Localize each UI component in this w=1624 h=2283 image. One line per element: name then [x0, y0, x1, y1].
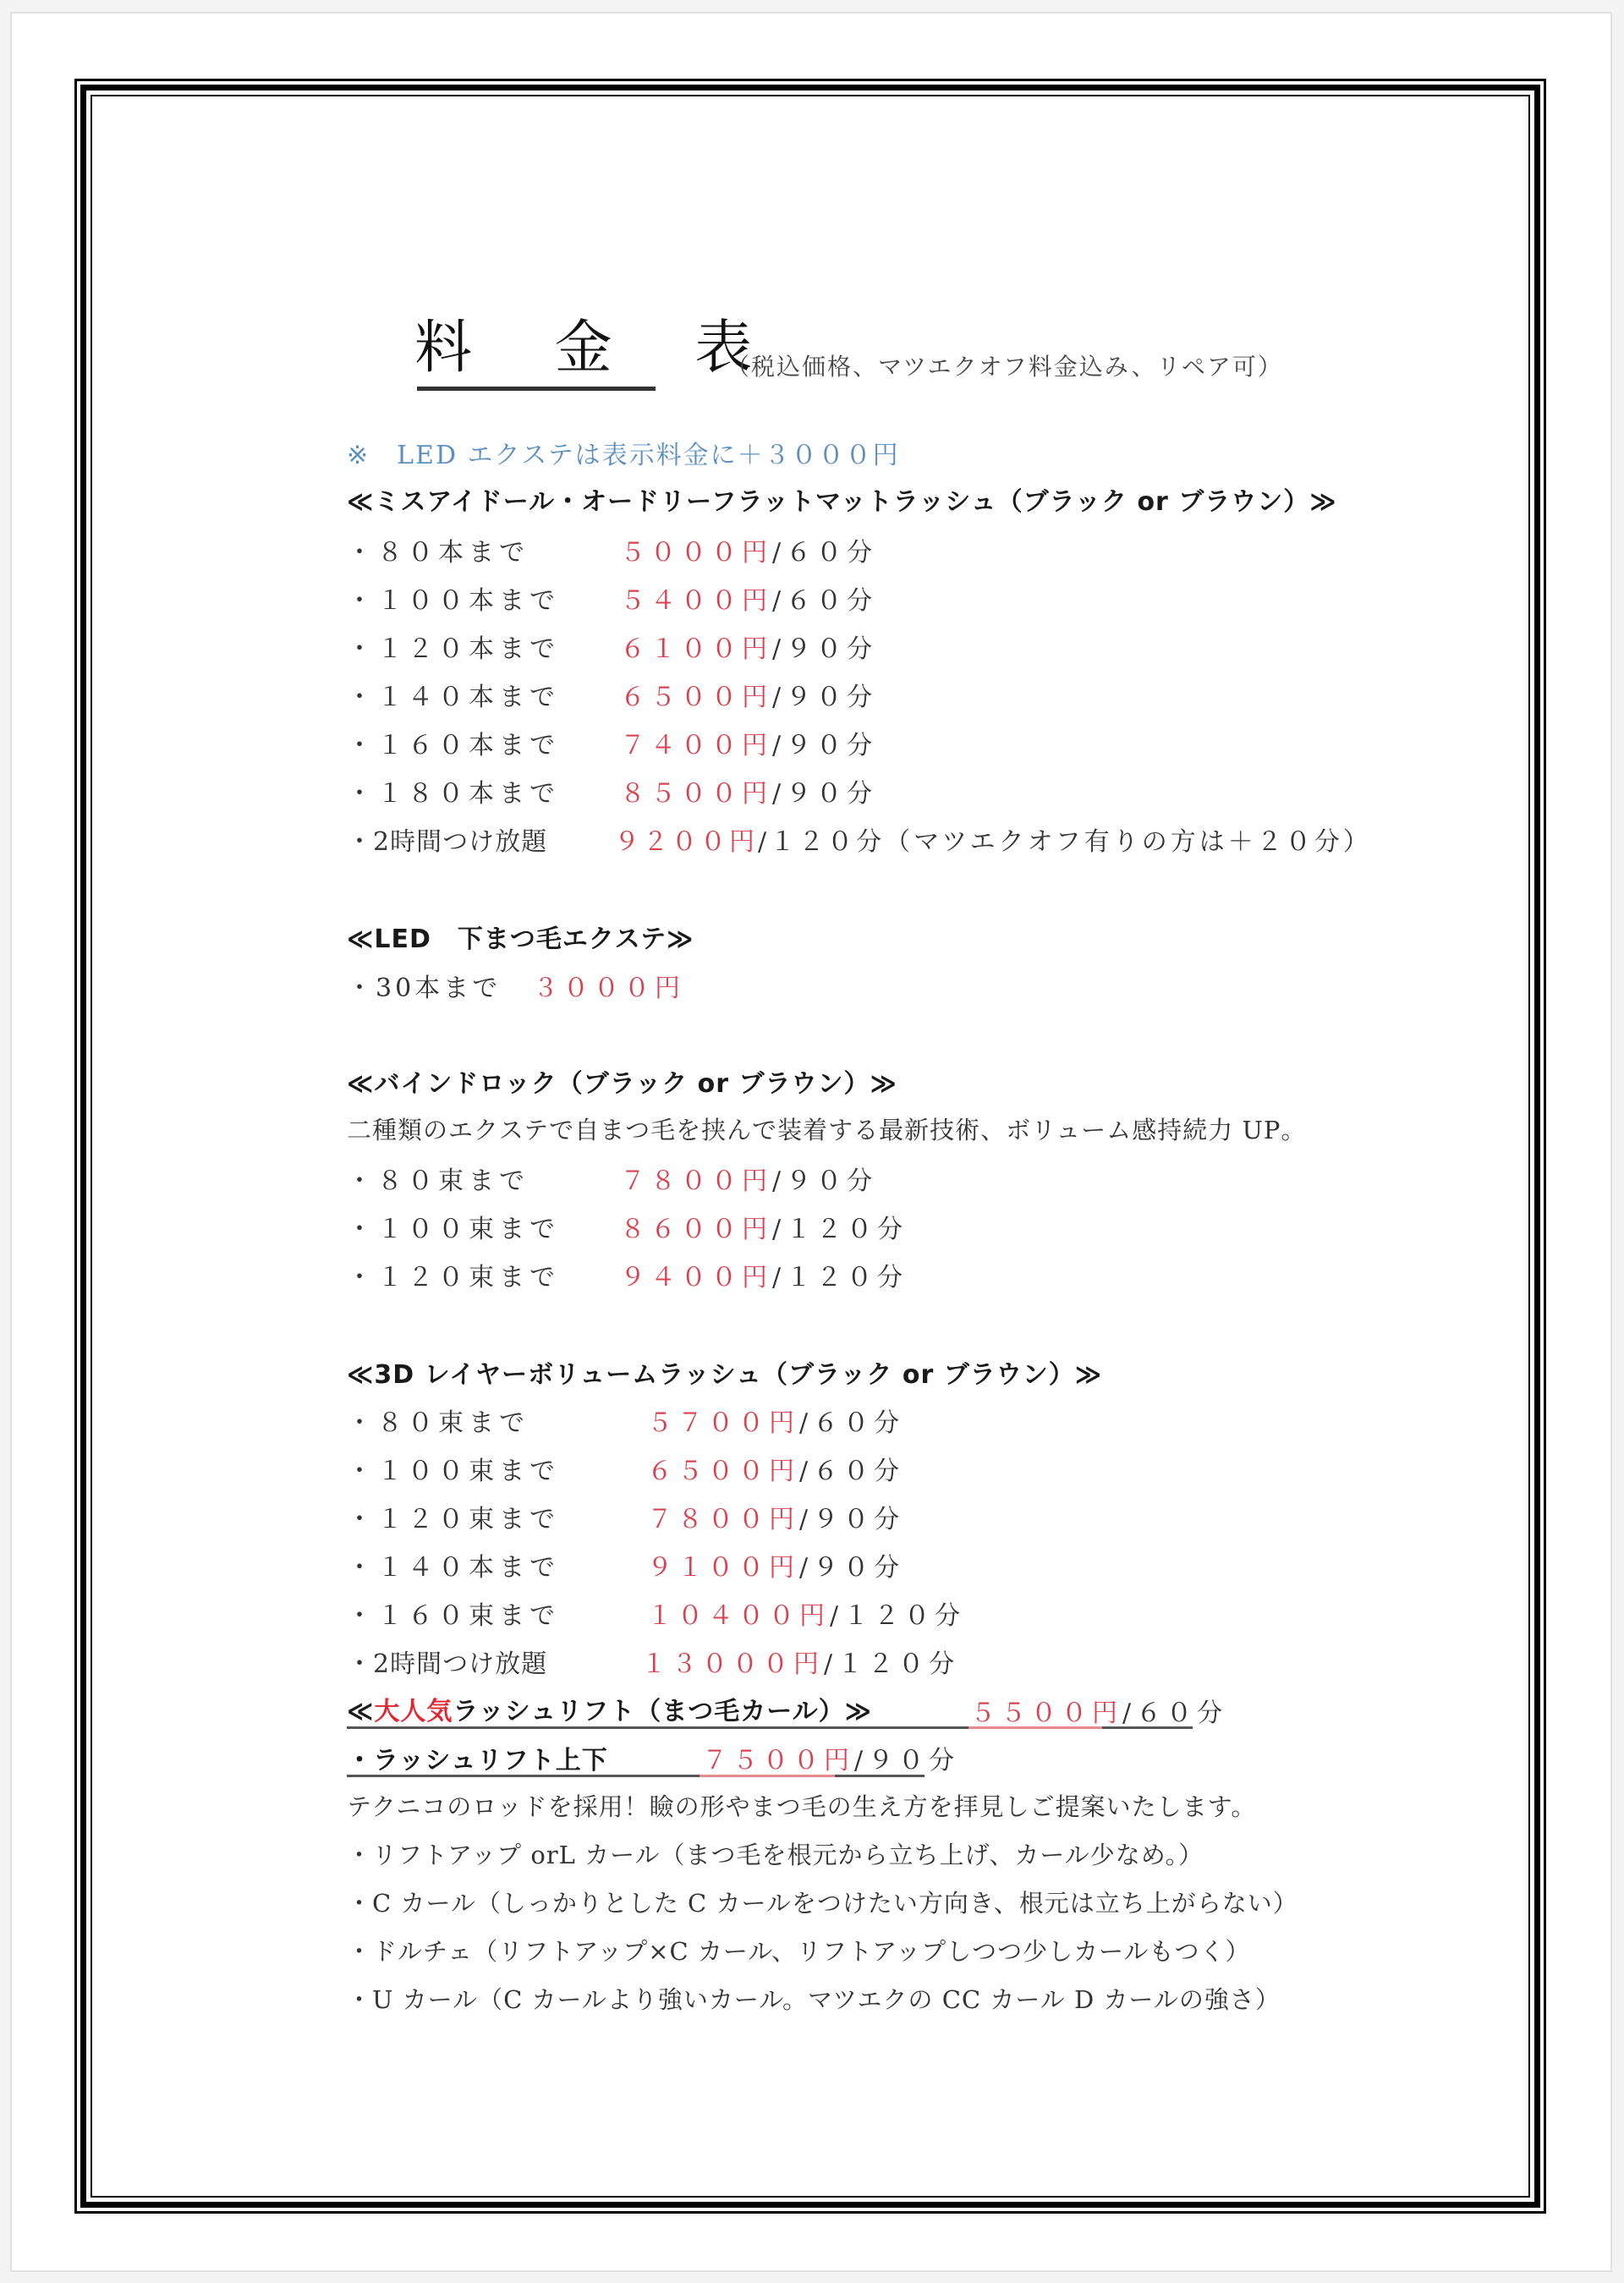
item-price: ７５００円 — [702, 1746, 854, 1775]
lash-lift-price-row: ５５００円/６０分 — [970, 1692, 1227, 1729]
list-item: ・８０束まで — [347, 1160, 529, 1197]
item-duration: /１２０分 — [824, 1649, 959, 1679]
item-duration: /１２０分 — [772, 1215, 908, 1244]
item-label: ・１００束まで — [347, 1215, 560, 1244]
item-price-row: ８５００円/９０分 — [620, 772, 877, 809]
item-label: ・１２０束まで — [347, 1505, 560, 1534]
item-label: ・１６０束まで — [347, 1601, 560, 1631]
list-item: ・2時間つけ放題 — [347, 1643, 547, 1680]
item-duration: /９０分 — [772, 779, 877, 809]
item-label: ・１２０束まで — [347, 1263, 560, 1292]
item-price: ８５００円 — [620, 779, 772, 809]
list-item: ・１２０本まで — [347, 628, 560, 665]
item-price-row: １３０００円/１２０分 — [641, 1643, 959, 1680]
item-duration: /１２０分 — [830, 1601, 965, 1631]
list-item: ・2時間つけ放題 — [347, 820, 547, 858]
item-label: ・１８０本まで — [347, 779, 560, 809]
item-duration: /１２０分 — [772, 1263, 908, 1292]
section-heading-bind-lock: ≪バインドロック（ブラック or ブラウン）≫ — [347, 1062, 897, 1100]
curl-option: ・C カール（しっかりとした C カールをつけたい方向き、根元は立ち上がらない） — [347, 1885, 1298, 1919]
item-duration: /６０分 — [799, 1408, 904, 1438]
lash-lift-price-underline — [968, 1726, 1102, 1729]
item-label: ・１００束まで — [347, 1457, 560, 1486]
popular-badge: 大人気 — [374, 1697, 453, 1726]
item-price-row: １０４００円/１２０分 — [647, 1594, 965, 1632]
item-price-row: ９１００円/９０分 — [647, 1546, 904, 1583]
item-duration: /９０分 — [772, 634, 877, 664]
item-price-row: ６５００円/９０分 — [620, 676, 877, 713]
item-price: １３０００円 — [641, 1649, 824, 1679]
item-price-row: ６５００円/６０分 — [647, 1450, 904, 1487]
list-item: ・１６０束まで — [347, 1594, 560, 1632]
item-price: ６５００円 — [647, 1457, 799, 1486]
item-price: ５４００円 — [620, 586, 772, 616]
section-heading-3d-volume: ≪3D レイヤーボリュームラッシュ（ブラック or ブラウン）≫ — [347, 1353, 1102, 1391]
item-price: １０４００円 — [647, 1601, 830, 1631]
list-item: ・１２０束まで — [347, 1256, 560, 1293]
list-item: ・１６０本まで — [347, 724, 560, 761]
lash-lift-updown-price-underline — [700, 1775, 835, 1777]
curl-option: ・リフトアップ orL カール（まつ毛を根元から立ち上げ、カール少なめ。） — [347, 1836, 1204, 1871]
item-price: ９１００円 — [647, 1553, 799, 1583]
item-price-row: ９２００円/１２０分（マツエクオフ有りの方は＋２０分） — [614, 820, 1372, 858]
item-label: ・30本まで — [347, 974, 501, 1003]
item-price-row: ３０００円 — [533, 967, 685, 1004]
item-label: ・８０本まで — [347, 538, 529, 568]
item-duration: /９０分 — [772, 1166, 877, 1196]
item-price: ３０００円 — [533, 974, 685, 1003]
list-item: ・８０束まで — [347, 1402, 529, 1439]
item-duration: /６０分 — [1122, 1699, 1227, 1728]
item-price: ７８００円 — [647, 1505, 799, 1534]
item-price: ９２００円 — [614, 827, 758, 857]
item-label: ・１６０本まで — [347, 731, 560, 760]
title-underline — [417, 387, 656, 391]
curl-option: ・ドルチェ（リフトアップ×C カール、リフトアップしつつ少しカールもつく） — [347, 1933, 1251, 1967]
section-description: 二種類のエクステで自まつ毛を挟んで装着する最新技術、ボリューム感持続力 UP。 — [347, 1111, 1306, 1146]
list-item: ・１００束まで — [347, 1208, 560, 1245]
led-note: ※ LED エクステは表示料金に＋３０００円 — [347, 434, 900, 471]
list-item: ・１２０束まで — [347, 1498, 560, 1535]
item-label: ・2時間つけ放題 — [347, 1649, 547, 1679]
item-price-row: ５４００円/６０分 — [620, 579, 877, 617]
list-item: ・８０本まで — [347, 531, 529, 568]
item-price-row: ５０００円/６０分 — [620, 531, 877, 568]
item-duration: /９０分 — [799, 1505, 904, 1534]
item-price-row: ９４００円/１２０分 — [620, 1256, 908, 1293]
item-label: ・１００本まで — [347, 586, 560, 616]
lash-lift-updown-label: ・ラッシュリフト上下 — [347, 1739, 608, 1776]
curl-option: ・U カール（C カールより強いカール。マツエクの CC カール D カールの強… — [347, 1981, 1281, 2016]
item-price-row: ６１００円/９０分 — [620, 628, 877, 665]
item-price: ６１００円 — [620, 634, 772, 664]
list-item: ・１４０本まで — [347, 1546, 560, 1583]
item-duration: /９０分 — [799, 1553, 904, 1583]
item-price: ６５００円 — [620, 683, 772, 712]
list-item: ・１４０本まで — [347, 676, 560, 713]
item-price: ８６００円 — [620, 1215, 772, 1244]
item-price-row: ５７００円/６０分 — [647, 1402, 904, 1439]
item-duration: /９０分 — [772, 731, 877, 760]
section-heading-flat-mat: ≪ミスアイドール・オードリーフラットマットラッシュ（ブラック or ブラウン）≫ — [347, 480, 1337, 518]
item-price: ５７００円 — [647, 1408, 799, 1438]
item-duration: /６０分 — [772, 538, 877, 568]
item-price: ９４００円 — [620, 1263, 772, 1292]
lash-lift-updown-underline — [347, 1775, 924, 1777]
item-price: ５５００円 — [970, 1699, 1122, 1728]
section-heading-led-lower: ≪LED 下まつ毛エクステ≫ — [347, 918, 694, 955]
item-duration: /６０分 — [772, 586, 877, 616]
item-duration: /９０分 — [854, 1746, 959, 1775]
item-label: ・８０束まで — [347, 1408, 529, 1438]
list-item: ・30本まで — [347, 967, 501, 1004]
item-price-row: ７８００円/９０分 — [620, 1160, 877, 1197]
item-duration: /６０分 — [799, 1457, 904, 1486]
item-price: ５０００円 — [620, 538, 772, 568]
item-price: ７４００円 — [620, 731, 772, 760]
list-item: ・１８０本まで — [347, 772, 560, 809]
page-subtitle: （税込価格、マツエクオフ料金込み、リペア可） — [726, 348, 1283, 382]
list-item: ・１００束まで — [347, 1450, 560, 1487]
lash-lift-description: テクニコのロッドを採用！瞼の形やまつ毛の生え方を拝見しご提案いたします。 — [347, 1788, 1256, 1823]
item-label: ・１２０本まで — [347, 634, 560, 664]
item-price-row: ７４００円/９０分 — [620, 724, 877, 761]
item-label: ・１４０本まで — [347, 1553, 560, 1583]
item-price: ７８００円 — [620, 1166, 772, 1196]
lash-lift-updown-price-row: ７５００円/９０分 — [702, 1739, 959, 1776]
item-label: ・１４０本まで — [347, 683, 560, 712]
item-duration: /９０分 — [772, 683, 877, 712]
section-heading-lash-lift: ≪大人気ラッシュリフト（まつ毛カール）≫ — [347, 1690, 872, 1727]
item-label: ・2時間つけ放題 — [347, 827, 547, 857]
price-list-content: 料 金 表 （税込価格、マツエクオフ料金込み、リペア可） ※ LED エクステは… — [0, 0, 1624, 2283]
item-price-row: ７８００円/９０分 — [647, 1498, 904, 1535]
item-price-row: ８６００円/１２０分 — [620, 1208, 908, 1245]
item-label: ・８０束まで — [347, 1166, 529, 1196]
list-item: ・１００本まで — [347, 579, 560, 617]
item-duration: /１２０分（マツエクオフ有りの方は＋２０分） — [758, 827, 1372, 857]
